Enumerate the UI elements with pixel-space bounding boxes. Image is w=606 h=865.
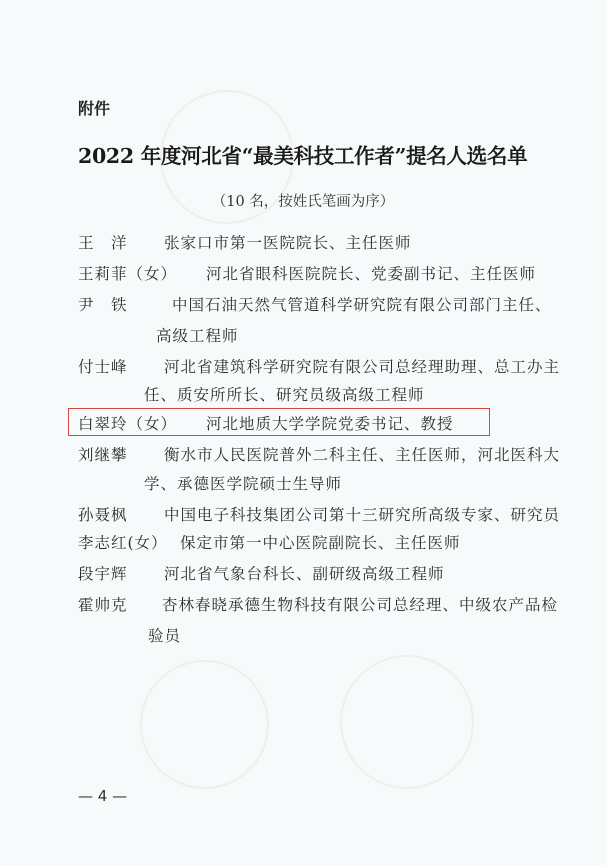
list-item: 霍帅克杏林春晓承德生物科技有限公司总经理、中级农产品检 bbox=[78, 593, 558, 615]
document-page: 附件 2022 年度河北省“最美科技工作者”提名人选名单 （10 名，按姓氏笔画… bbox=[0, 0, 606, 865]
nominee-name: 尹 铁 bbox=[78, 293, 172, 315]
nominee-name: 段宇辉 bbox=[78, 562, 164, 584]
nominee-title: 河北省气象台科长、副研级高级工程师 bbox=[164, 562, 445, 584]
list-item: 段宇辉河北省气象台科长、副研级高级工程师 bbox=[78, 562, 445, 584]
nominee-title: 河北地质大学学院党委书记、教授 bbox=[206, 412, 454, 434]
list-item: 付士峰河北省建筑科学研究院有限公司总经理助理、总工办主 bbox=[78, 355, 560, 377]
faded-stamp-right bbox=[340, 655, 474, 789]
nominee-title: 中国石油天然气管道科学研究院有限公司部门主任、 bbox=[172, 293, 552, 315]
nominee-title-continued: 验员 bbox=[148, 624, 181, 646]
nominee-title-continued: 学、承德医学院硕士生导师 bbox=[144, 472, 342, 494]
nominee-name: 白翠玲（女） bbox=[78, 412, 206, 434]
annex-label: 附件 bbox=[78, 96, 110, 119]
nominee-name: 王 洋 bbox=[78, 231, 164, 253]
nominee-name: 李志红(女） bbox=[78, 531, 180, 553]
nominee-name: 刘继攀 bbox=[78, 443, 164, 465]
faded-stamp-left bbox=[140, 660, 269, 789]
list-item: 李志红(女）保定市第一中心医院副院长、主任医师 bbox=[78, 531, 461, 553]
nominee-title-continued: 任、质安所所长、研究员级高级工程师 bbox=[144, 383, 425, 405]
nominee-title: 杏林春晓承德生物科技有限公司总经理、中级农产品检 bbox=[162, 593, 558, 615]
page-subtitle: （10 名，按姓氏笔画为序） bbox=[0, 190, 606, 211]
nominee-name: 霍帅克 bbox=[78, 593, 162, 615]
nominee-name: 王莉菲（女） bbox=[78, 262, 206, 284]
list-item-highlighted: 白翠玲（女）河北地质大学学院党委书记、教授 bbox=[78, 412, 454, 434]
nominee-name: 付士峰 bbox=[78, 355, 164, 377]
nominee-title-continued: 高级工程师 bbox=[156, 324, 239, 346]
nominee-title: 河北省建筑科学研究院有限公司总经理助理、总工办主 bbox=[164, 355, 560, 377]
nominee-name: 孙聂枫 bbox=[78, 503, 164, 525]
page-title: 2022 年度河北省“最美科技工作者”提名人选名单 bbox=[78, 139, 538, 169]
nominee-title: 衡水市人民医院普外二科主任、主任医师，河北医科大 bbox=[164, 443, 560, 465]
nominee-title: 张家口市第一医院院长、主任医师 bbox=[164, 231, 412, 253]
list-item: 王莉菲（女）河北省眼科医院院长、党委副书记、主任医师 bbox=[78, 262, 536, 284]
nominee-title: 保定市第一中心医院副院长、主任医师 bbox=[180, 531, 461, 553]
nominee-title: 中国电子科技集团公司第十三研究所高级专家、研究员 bbox=[164, 503, 560, 525]
page-number: — 4 — bbox=[78, 787, 127, 805]
list-item: 尹 铁中国石油天然气管道科学研究院有限公司部门主任、 bbox=[78, 293, 552, 315]
list-item: 王 洋张家口市第一医院院长、主任医师 bbox=[78, 231, 412, 253]
nominee-title: 河北省眼科医院院长、党委副书记、主任医师 bbox=[206, 262, 536, 284]
list-item: 刘继攀衡水市人民医院普外二科主任、主任医师，河北医科大 bbox=[78, 443, 560, 465]
list-item: 孙聂枫中国电子科技集团公司第十三研究所高级专家、研究员 bbox=[78, 503, 560, 525]
